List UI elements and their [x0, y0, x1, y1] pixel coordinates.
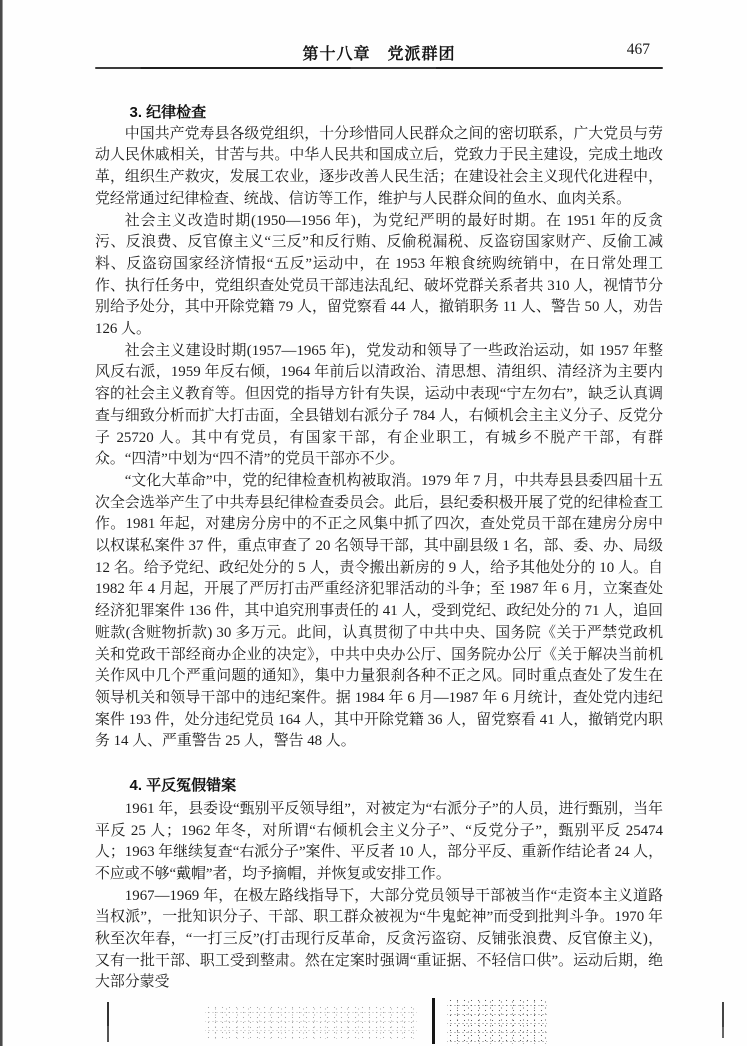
scan-noise-tick — [107, 1002, 109, 1042]
paragraph: “文化大革命”中，党的纪律检查机构被取消。1979 年 7 月，中共寿县县委四届… — [95, 471, 663, 753]
chapter-title: 第十八章 党派群团 — [95, 41, 663, 64]
running-header: 第十八章 党派群团 467 — [95, 0, 663, 68]
header-rule — [95, 67, 663, 69]
scan-noise-tick — [722, 1002, 724, 1038]
paragraph: 社会主义建设时期(1957—1965 年)，党发动和领导了一些政治运动，如 19… — [95, 341, 663, 471]
section-redress-cases: 4. 平反冤假错案 1961 年，县委设“甄别平反领导组”，对被定为“右派分子”… — [95, 775, 663, 994]
scan-noise-tick — [432, 998, 435, 1044]
page-number: 467 — [627, 41, 650, 59]
section-heading: 4. 平反冤假错案 — [95, 775, 663, 797]
paragraph: 1961 年，县委设“甄别平反领导组”，对被定为“右派分子”的人员，进行甄别，当… — [95, 799, 663, 886]
scanned-book-page: { "page": { "chapter_title": "第十八章 党派群团"… — [0, 0, 747, 1046]
paragraph: 1967—1969 年，在极左路线指导下，大部分党员领导干部被当作“走资本主义道… — [95, 886, 663, 995]
scan-edge-artifact — [0, 0, 3, 1046]
scan-noise-band — [0, 996, 747, 1046]
page-content: 第十八章 党派群团 467 3. 纪律检查 中国共产党寿县各级党组织，十分珍惜同… — [95, 0, 663, 994]
scan-noise-speckle — [447, 998, 547, 1044]
section-discipline-inspection: 3. 纪律检查 中国共产党寿县各级党组织，十分珍惜同人民群众之间的密切联系，广大… — [95, 102, 663, 753]
scan-noise-speckle — [205, 1005, 417, 1039]
section-heading: 3. 纪律检查 — [95, 102, 663, 124]
paragraph: 中国共产党寿县各级党组织，十分珍惜同人民群众之间的密切联系，广大党员与劳动人民休… — [95, 124, 663, 211]
paragraph: 社会主义改造时期(1950—1956 年)，为党纪严明的最好时期。在 1951 … — [95, 211, 663, 341]
